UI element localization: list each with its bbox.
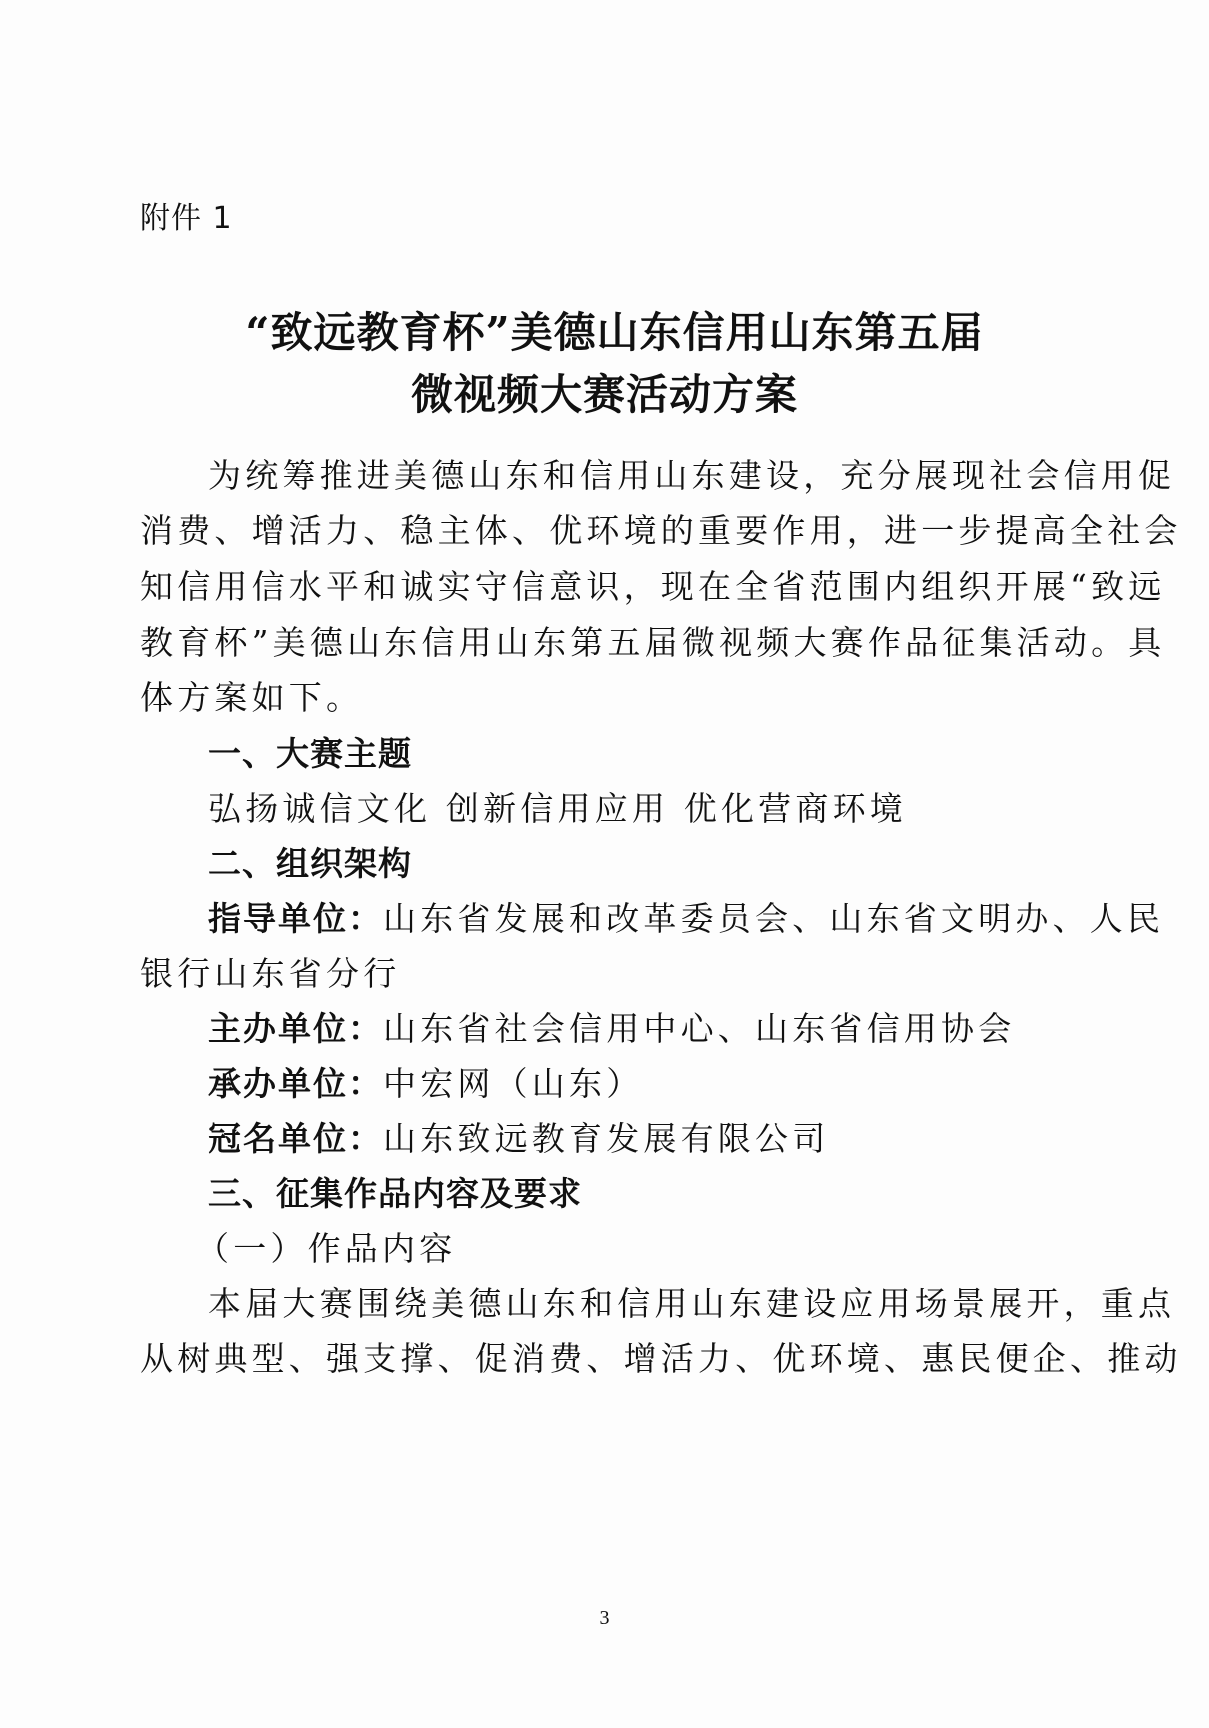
guiding-unit-row: 指导单位：山东省发展和改革委员会、山东省文明办、人民 xyxy=(208,893,1164,940)
title-sponsor-value: 山东致远教育发展有限公司 xyxy=(383,1119,829,1158)
document-page: 附件 1 “致远教育杯”美德山东信用山东第五届 微视频大赛活动方案 为统筹推进美… xyxy=(0,0,1209,1728)
works-line-1: 本届大赛围绕美德山东和信用山东建设应用场景展开，重点 xyxy=(208,1278,1175,1325)
intro-line-4: 教育杯”美德山东信用山东第五届微视频大赛作品征集活动。具 xyxy=(140,617,1165,664)
guiding-unit-continuation: 银行山东省分行 xyxy=(140,948,400,995)
organizer-unit-row: 承办单位：中宏网（山东） xyxy=(208,1058,643,1105)
intro-line-5: 体方案如下。 xyxy=(140,672,363,719)
organizer-unit-label: 承办单位： xyxy=(208,1064,383,1103)
section-heading-theme: 一、大赛主题 xyxy=(208,728,412,775)
works-line-2: 从树典型、强支撑、促消费、增活力、优环境、惠民便企、推动 xyxy=(140,1333,1182,1380)
section-heading-works: 三、征集作品内容及要求 xyxy=(208,1168,582,1215)
host-unit-label: 主办单位： xyxy=(208,1009,383,1048)
guiding-unit-value: 山东省发展和改革委员会、山东省文明办、人民 xyxy=(383,899,1164,938)
document-title-line-2: 微视频大赛活动方案 xyxy=(0,362,1209,422)
intro-line-2: 消费、增活力、稳主体、优环境的重要作用，进一步提高全社会 xyxy=(140,505,1182,552)
guiding-unit-label: 指导单位： xyxy=(208,899,383,938)
attachment-label: 附件 1 xyxy=(140,193,233,237)
intro-line-3: 知信用信水平和诚实守信意识，现在全省范围内组织开展“致远 xyxy=(140,561,1165,608)
organizer-unit-value: 中宏网（山东） xyxy=(383,1064,643,1103)
intro-line-1: 为统筹推进美德山东和信用山东建设，充分展现社会信用促 xyxy=(208,450,1175,497)
host-unit-value: 山东省社会信用中心、山东省信用协会 xyxy=(383,1009,1015,1048)
document-title-line-1: “致远教育杯”美德山东信用山东第五届 xyxy=(10,300,1209,360)
title-sponsor-label: 冠名单位： xyxy=(208,1119,383,1158)
theme-text: 弘扬诚信文化 创新信用应用 优化营商环境 xyxy=(208,783,907,830)
title-sponsor-row: 冠名单位：山东致远教育发展有限公司 xyxy=(208,1113,829,1160)
host-unit-row: 主办单位：山东省社会信用中心、山东省信用协会 xyxy=(208,1003,1015,1050)
page-number: 3 xyxy=(0,1607,1209,1630)
section-heading-organization: 二、组织架构 xyxy=(208,838,412,885)
works-subheading: （一）作品内容 xyxy=(196,1223,456,1270)
